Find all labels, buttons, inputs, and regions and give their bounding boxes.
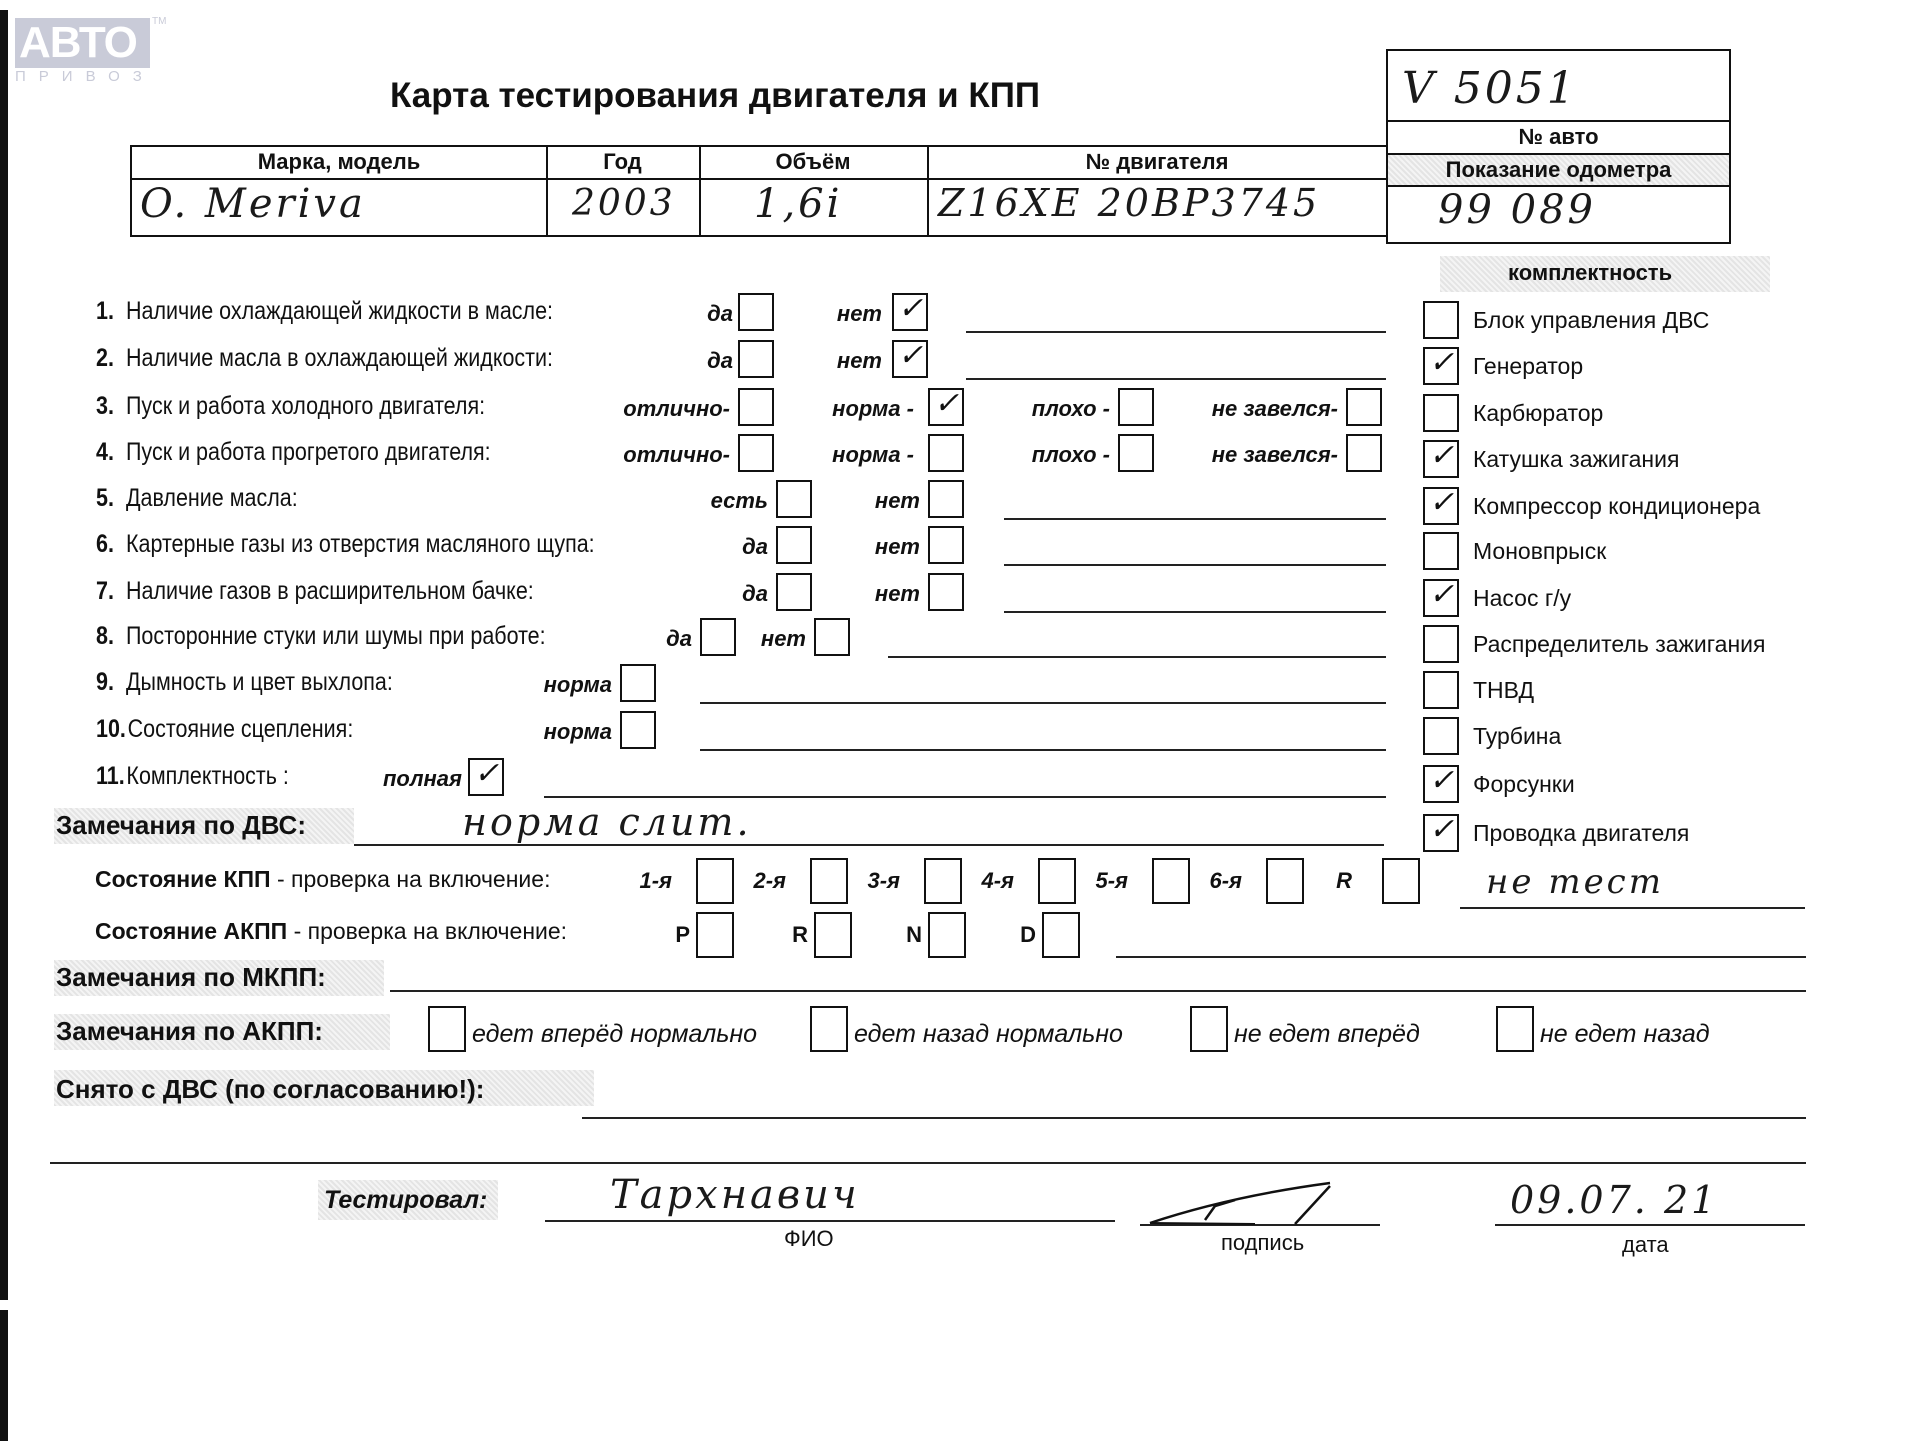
mkpp-remarks-label: Замечания по МКПП:	[56, 962, 326, 993]
odometer-value[interactable]: 99 089	[1438, 187, 1596, 233]
completeness-item-label: Проводка двигателя	[1473, 820, 1689, 847]
completeness-item-label: Турбина	[1473, 723, 1561, 750]
option-checkbox[interactable]: ✓	[892, 293, 928, 331]
completeness-item-label: ТНВД	[1473, 677, 1534, 704]
question-row: 8.Посторонние стуки или шумы при работе:	[96, 622, 546, 651]
question-number: 2.	[96, 344, 114, 372]
completeness-checkbox[interactable]	[1423, 717, 1459, 755]
header-volume: Объём	[699, 149, 927, 175]
removed-label: Снято с ДВС (по согласованию!):	[56, 1074, 484, 1105]
question-row: 3.Пуск и работа холодного двигателя:	[96, 392, 485, 421]
mode-checkbox[interactable]	[1042, 912, 1080, 958]
akpp-option-checkbox[interactable]	[810, 1006, 848, 1052]
option-checkbox[interactable]	[928, 573, 964, 611]
header-engine-number: № двигателя	[927, 149, 1387, 175]
option-label: нет	[720, 488, 920, 514]
question-row: 5.Давление масла:	[96, 484, 298, 513]
question-number: 8.	[96, 622, 114, 650]
checkmark-icon: ✓	[1429, 761, 1454, 801]
manual-gearbox-label: Состояние КПП - проверка на включение:	[95, 866, 550, 893]
make-model-value[interactable]: O. Meriva	[140, 181, 366, 227]
completeness-checkbox[interactable]: ✓	[1423, 814, 1459, 852]
scan-edge	[0, 10, 8, 1300]
option-label: полная	[262, 766, 462, 792]
option-checkbox[interactable]	[928, 526, 964, 564]
completeness-checkbox[interactable]	[1423, 532, 1459, 570]
date-value[interactable]: 09.07. 21	[1510, 1178, 1718, 1222]
option-label: нет	[682, 348, 882, 374]
logo-tm: TM	[152, 16, 166, 27]
notes-line[interactable]	[966, 331, 1386, 333]
completeness-checkbox[interactable]: ✓	[1423, 347, 1459, 385]
question-number: 9.	[96, 668, 114, 696]
question-number: 5.	[96, 484, 114, 512]
mode-checkbox[interactable]	[928, 912, 966, 958]
completeness-item-label: Компрессор кондиционера	[1473, 493, 1760, 520]
question-row: 9.Дымность и цвет выхлопа:	[96, 668, 393, 697]
scan-edge	[0, 1310, 8, 1441]
notes-line[interactable]	[700, 749, 1386, 751]
engine-number-value[interactable]: Z16XE 20BP3745	[938, 181, 1320, 225]
question-text: Пуск и работа прогретого двигателя:	[126, 438, 491, 466]
option-label: отлично-	[530, 396, 730, 422]
notes-line[interactable]	[888, 656, 1386, 658]
option-label: отлично-	[530, 442, 730, 468]
option-label: плохо -	[910, 396, 1110, 422]
header-year: Год	[546, 149, 699, 175]
checkmark-icon: ✓	[1429, 343, 1454, 383]
akpp-option-label: не едет вперёд	[1234, 1020, 1420, 1049]
checkmark-icon: ✓	[1429, 575, 1454, 615]
completeness-item-label: Насос г/у	[1473, 585, 1571, 612]
akpp-option-label: не едет назад	[1540, 1020, 1710, 1049]
question-row: 7.Наличие газов в расширительном бачке:	[96, 577, 534, 606]
option-label: норма -	[714, 442, 914, 468]
question-row: 11.Комплектность :	[96, 762, 289, 791]
akpp-option-checkbox[interactable]	[428, 1006, 466, 1052]
signature[interactable]	[1145, 1178, 1345, 1228]
checkmark-icon: ✓	[1429, 810, 1454, 850]
date-caption: дата	[1622, 1232, 1669, 1258]
question-text: Посторонние стуки или шумы при работе:	[126, 622, 546, 650]
auto-gearbox-label: Состояние АКПП - проверка на включение:	[95, 918, 567, 945]
question-text: Давление масла:	[126, 484, 298, 512]
option-label: нет	[720, 534, 920, 560]
option-label: норма	[412, 672, 612, 698]
notes-line[interactable]	[1004, 518, 1386, 520]
option-checkbox[interactable]	[1346, 388, 1382, 426]
option-label: плохо -	[910, 442, 1110, 468]
option-checkbox[interactable]	[928, 480, 964, 518]
completeness-checkbox[interactable]	[1423, 394, 1459, 432]
question-number: 7.	[96, 577, 114, 605]
question-row: 4.Пуск и работа прогретого двигателя:	[96, 438, 491, 467]
gear-label: 2-я	[686, 868, 786, 894]
akpp-remarks-label: Замечания по АКПП:	[56, 1016, 323, 1047]
gear-label: 5-я	[1028, 868, 1128, 894]
notes-line[interactable]	[544, 796, 1386, 798]
manual-gearbox-note[interactable]: не тест	[1486, 862, 1664, 902]
option-label: норма -	[714, 396, 914, 422]
notes-line[interactable]	[700, 702, 1386, 704]
akpp-option-label: едет вперёд нормально	[472, 1020, 757, 1049]
odometer-label: Показание одометра	[1388, 157, 1729, 183]
completeness-checkbox[interactable]	[1423, 301, 1459, 339]
fio-value[interactable]: Тархнавич	[610, 1172, 860, 1218]
year-value[interactable]: 2003	[572, 183, 676, 224]
completeness-checkbox[interactable]: ✓	[1423, 440, 1459, 478]
completeness-title: комплектность	[1508, 260, 1672, 286]
checkmark-icon: ✓	[1429, 436, 1454, 476]
question-text: Состояние сцепления:	[128, 715, 354, 743]
question-text: Наличие охлаждающей жидкости в масле:	[126, 297, 553, 325]
completeness-checkbox[interactable]: ✓	[1423, 579, 1459, 617]
mode-label: R	[748, 922, 808, 948]
completeness-item-label: Моновпрыск	[1473, 538, 1606, 565]
mkpp-remarks-field[interactable]	[390, 990, 1806, 992]
option-label: не завелся-	[1138, 396, 1338, 422]
completeness-item-label: Распределитель зажигания	[1473, 631, 1765, 658]
option-label: нет	[606, 626, 806, 652]
checkmark-icon: ✓	[898, 336, 923, 376]
checkmark-icon: ✓	[1429, 483, 1454, 523]
akpp-option-checkbox[interactable]	[1496, 1006, 1534, 1052]
question-number: 11.	[96, 762, 125, 790]
option-checkbox[interactable]: ✓	[468, 758, 504, 796]
akpp-option-checkbox[interactable]	[1190, 1006, 1228, 1052]
mode-label: D	[976, 922, 1036, 948]
option-checkbox[interactable]	[814, 618, 850, 656]
car-number-value[interactable]: V 5051	[1402, 63, 1578, 114]
gear-label: 6-я	[1142, 868, 1242, 894]
page-title: Карта тестирования двигателя и КПП	[390, 76, 1040, 116]
car-number-label: № авто	[1388, 124, 1729, 150]
gear-label: 3-я	[800, 868, 900, 894]
question-number: 10.	[96, 715, 126, 743]
tested-by-label: Тестировал:	[324, 1186, 487, 1215]
option-label: нет	[682, 301, 882, 327]
gear-checkbox[interactable]	[1382, 858, 1420, 904]
question-row: 1.Наличие охлаждающей жидкости в масле:	[96, 297, 553, 326]
question-number: 1.	[96, 297, 114, 325]
akpp-option-label: едет назад нормально	[854, 1020, 1123, 1049]
volume-value[interactable]: 1,6i	[754, 181, 842, 227]
mode-label: N	[862, 922, 922, 948]
completeness-item-label: Форсунки	[1473, 771, 1575, 798]
mode-label: P	[630, 922, 690, 948]
notes-line[interactable]	[966, 378, 1386, 380]
engine-remarks-label: Замечания по ДВС:	[56, 810, 306, 841]
option-label: норма	[412, 719, 612, 745]
completeness-checkbox[interactable]: ✓	[1423, 765, 1459, 803]
question-text: Картерные газы из отверстия масляного щу…	[126, 530, 595, 558]
logo-text: АВТО	[19, 20, 137, 66]
gear-label: R	[1252, 868, 1352, 894]
vehicle-table: Марка, модель Год Объём № двигателя O. M…	[130, 145, 1388, 237]
notes-line[interactable]	[1004, 564, 1386, 566]
option-checkbox[interactable]	[620, 711, 656, 749]
completeness-checkbox[interactable]	[1423, 625, 1459, 663]
fio-caption: ФИО	[784, 1226, 834, 1252]
option-label: нет	[720, 581, 920, 607]
question-text: Дымность и цвет выхлопа:	[126, 668, 393, 696]
checkmark-icon: ✓	[474, 754, 499, 794]
removed-field[interactable]	[582, 1117, 1806, 1119]
completeness-checkbox[interactable]: ✓	[1423, 487, 1459, 525]
completeness-item-label: Блок управления ДВС	[1473, 307, 1709, 334]
checkmark-icon: ✓	[898, 289, 923, 329]
brand-logo: АВТО	[15, 18, 150, 68]
gear-label: 1-я	[572, 868, 672, 894]
mode-checkbox[interactable]	[814, 912, 852, 958]
signature-caption: подпись	[1221, 1230, 1304, 1256]
question-number: 3.	[96, 392, 114, 420]
mode-checkbox[interactable]	[696, 912, 734, 958]
engine-remarks-value[interactable]: норма слит.	[462, 800, 752, 844]
question-row: 2.Наличие масла в охлаждающей жидкости:	[96, 344, 553, 373]
question-number: 4.	[96, 438, 114, 466]
question-text: Наличие газов в расширительном бачке:	[126, 577, 534, 605]
completeness-checkbox[interactable]	[1423, 671, 1459, 709]
completeness-item-label: Генератор	[1473, 353, 1583, 380]
option-checkbox[interactable]	[1346, 434, 1382, 472]
question-text: Наличие масла в охлаждающей жидкости:	[126, 344, 553, 372]
completeness-item-label: Карбюратор	[1473, 400, 1603, 427]
completeness-item-label: Катушка зажигания	[1473, 446, 1679, 473]
question-row: 10.Состояние сцепления:	[96, 715, 353, 744]
header-make-model: Марка, модель	[132, 149, 546, 175]
logo-subtitle: ПРИВОЗ	[15, 68, 155, 85]
option-label: не завелся-	[1138, 442, 1338, 468]
notes-line[interactable]	[1004, 611, 1386, 613]
gear-label: 4-я	[914, 868, 1014, 894]
question-text: Пуск и работа холодного двигателя:	[126, 392, 485, 420]
option-checkbox[interactable]	[620, 664, 656, 702]
option-checkbox[interactable]: ✓	[892, 340, 928, 378]
question-number: 6.	[96, 530, 114, 558]
car-number-box: V 5051 № авто Показание одометра 99 089	[1386, 49, 1731, 244]
question-row: 6.Картерные газы из отверстия масляного …	[96, 530, 595, 559]
